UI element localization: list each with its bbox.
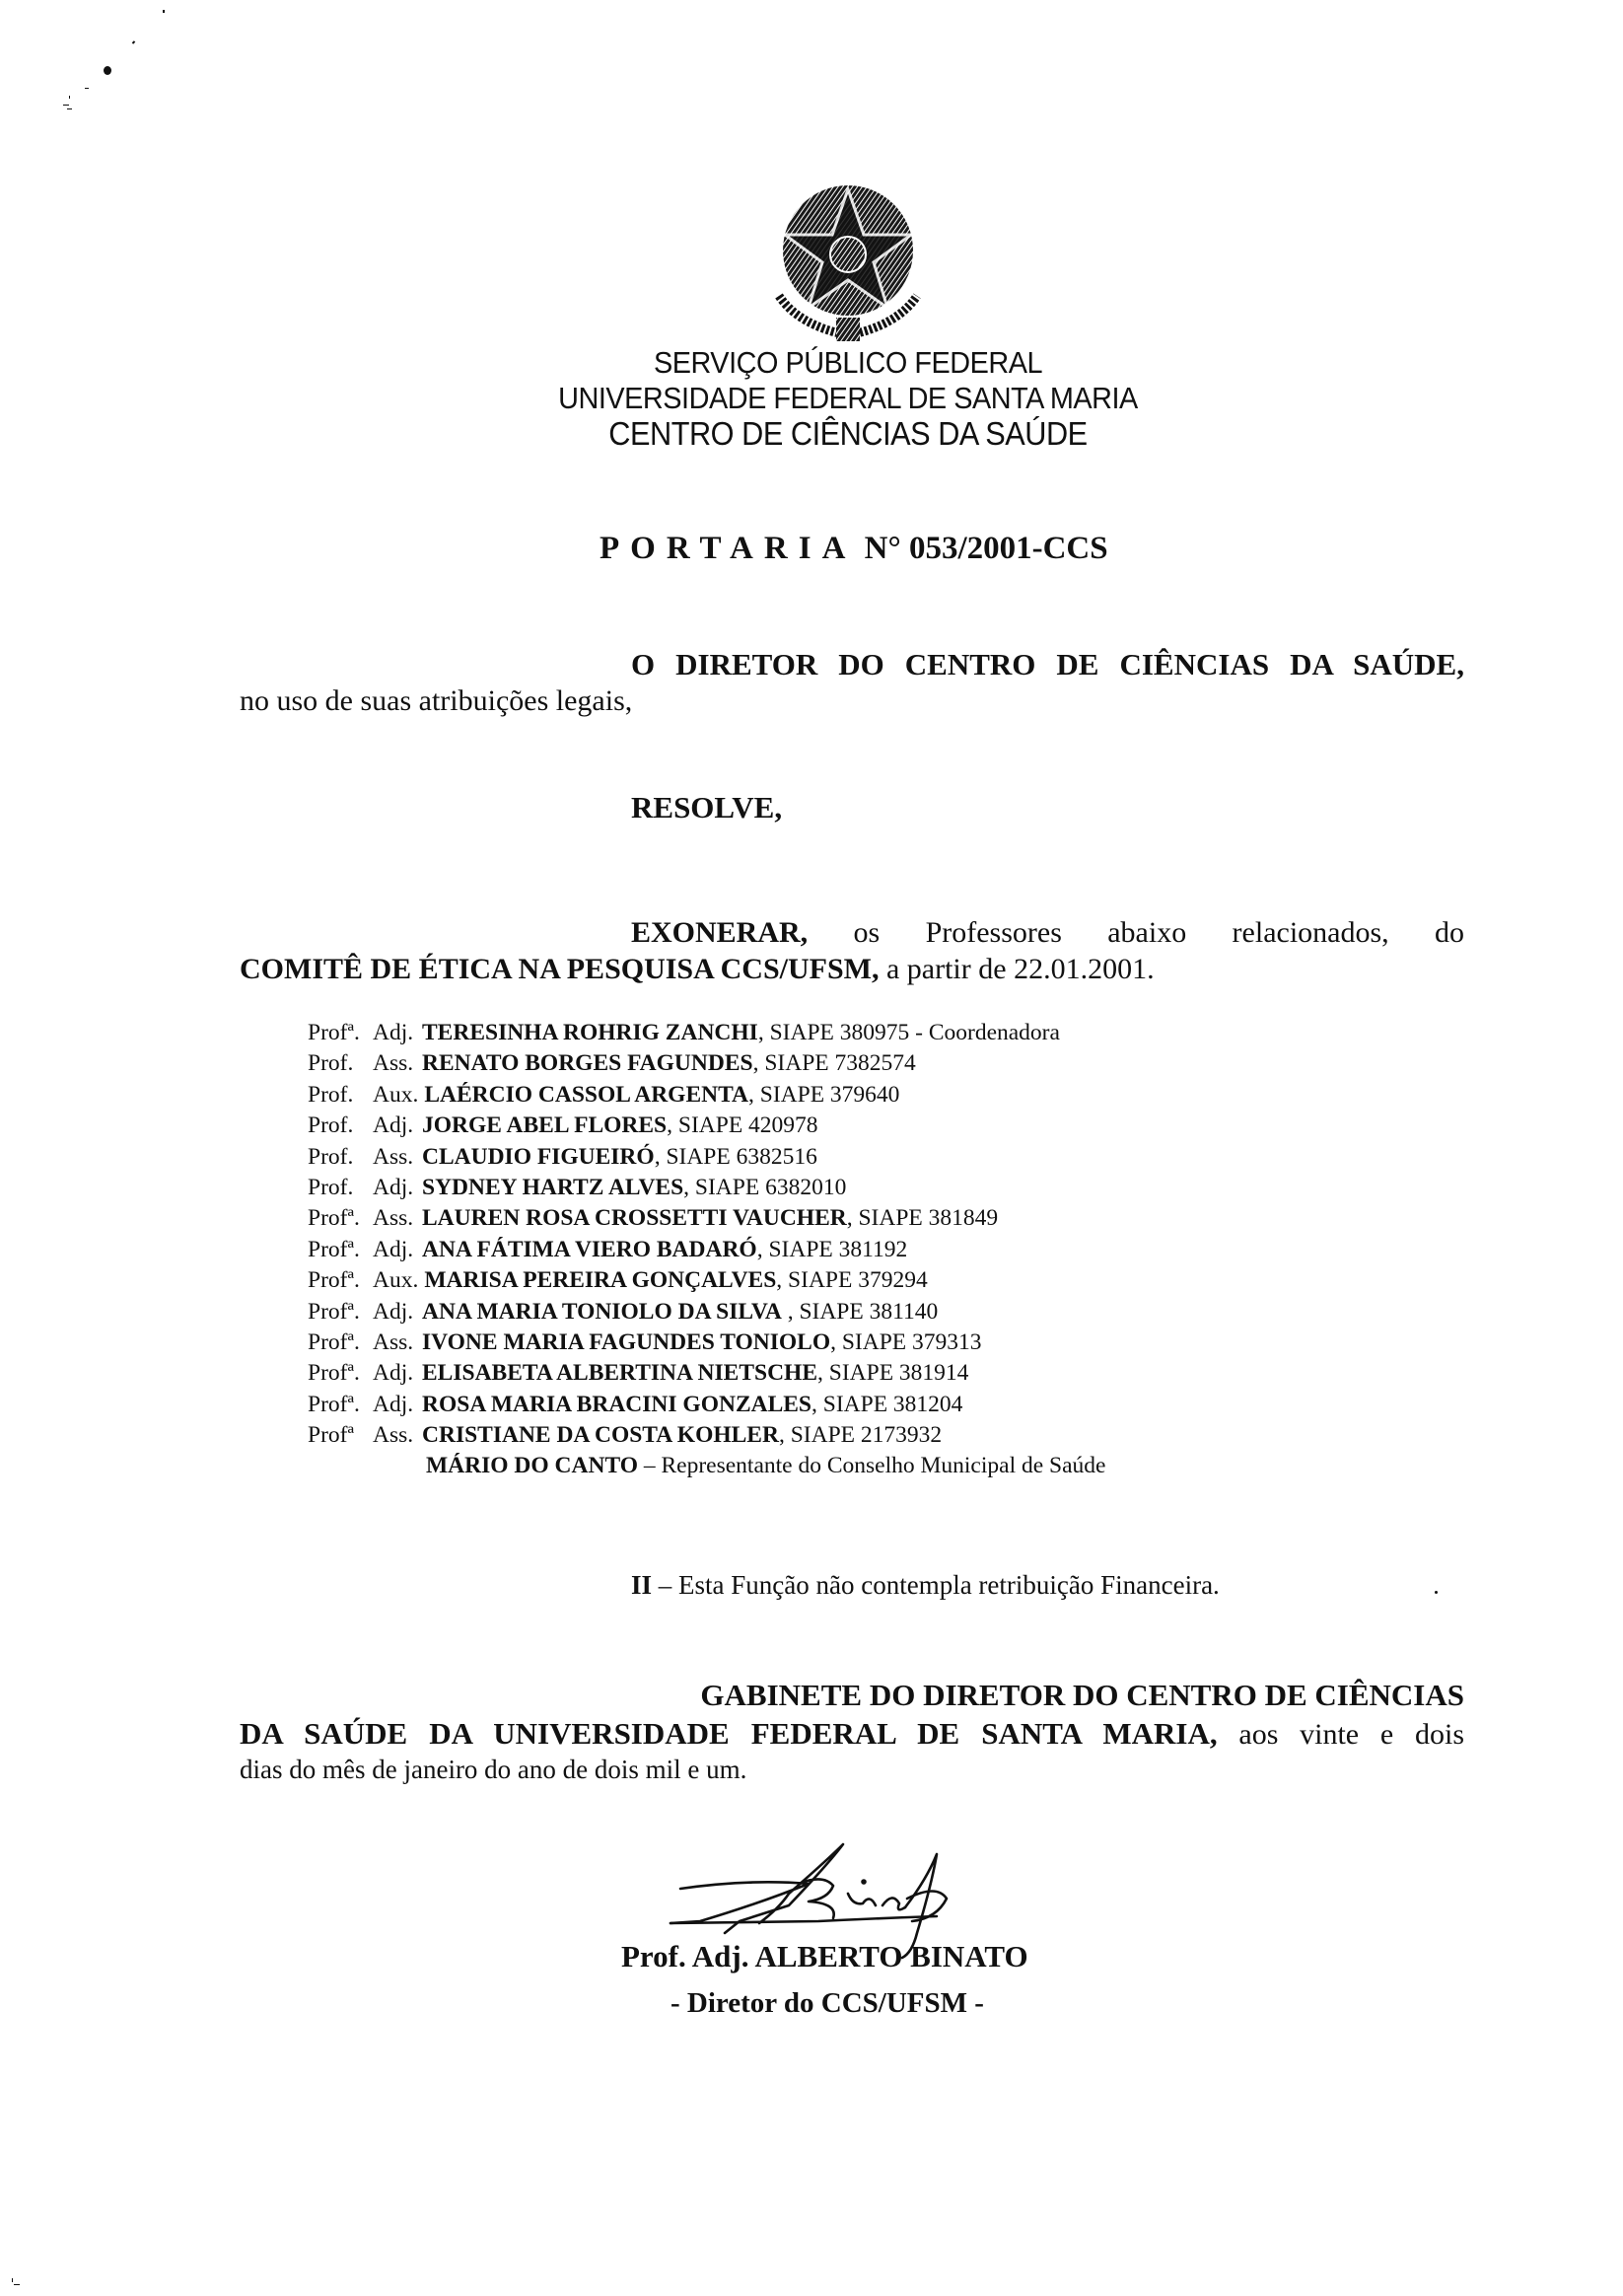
member-rank: Adj. — [373, 1358, 416, 1389]
member-row: Profª.Adj.TERESINHA ROHRIG ZANCHI, SIAPE… — [308, 1018, 1105, 1048]
item-ii: II – Esta Função não contempla retribuiç… — [631, 1570, 1220, 1601]
member-row: ProfªAss.CRISTIANE DA COSTA KOHLER, SIAP… — [308, 1420, 1105, 1451]
member-name: CRISTIANE DA COSTA KOHLER — [422, 1422, 779, 1448]
decision-text-line1: os Professores abaixo relacionados, do — [854, 916, 1464, 949]
member-row: Prof.Ass.CLAUDIO FIGUEIRÓ, SIAPE 6382516 — [308, 1142, 1105, 1173]
member-title: Profª — [308, 1420, 373, 1451]
member-title: Profª. — [308, 1265, 373, 1296]
signatory-name: Prof. Adj. ALBERTO BINATO — [621, 1939, 1028, 1974]
member-title: Profª. — [308, 1327, 373, 1358]
member-title: Profª. — [308, 1390, 373, 1420]
member-rank: Ass. — [373, 1203, 416, 1234]
member-siape: , SIAPE 6382010 — [683, 1175, 846, 1200]
member-title: Profª. — [308, 1018, 373, 1048]
member-siape: , SIAPE 381192 — [757, 1237, 908, 1262]
member-row: Profª.Ass.LAUREN ROSA CROSSETTI VAUCHER,… — [308, 1203, 1105, 1234]
member-siape: – Representante do Conselho Municipal de… — [638, 1453, 1105, 1478]
member-title: Profª. — [308, 1203, 373, 1234]
member-name: SYDNEY HARTZ ALVES — [422, 1175, 683, 1200]
member-rank: Aux. — [373, 1265, 418, 1296]
decision-verb: EXONERAR, — [631, 916, 808, 949]
member-rank: Ass. — [373, 1420, 416, 1451]
member-rank: Aux. — [373, 1080, 418, 1111]
item-ii-numeral: II — [631, 1570, 652, 1600]
member-row: Profª.Ass.IVONE MARIA FAGUNDES TONIOLO, … — [308, 1327, 1105, 1358]
member-title: Prof. — [308, 1048, 373, 1079]
member-rank: Ass. — [373, 1327, 416, 1358]
member-rank: Adj. — [373, 1297, 416, 1327]
decision-line2: COMITÊ DE ÉTICA NA PESQUISA CCS/UFSM, a … — [240, 953, 1155, 986]
header-service: SERVIÇO PÚBLICO FEDERAL — [59, 345, 1623, 381]
member-rank: Adj. — [373, 1018, 416, 1048]
member-siape: , SIAPE 380975 - Coordenadora — [758, 1020, 1060, 1045]
member-row: Prof.Ass.RENATO BORGES FAGUNDES, SIAPE 7… — [308, 1048, 1105, 1079]
member-siape: , SIAPE 381204 — [811, 1392, 962, 1417]
member-siape: , SIAPE 379294 — [776, 1267, 927, 1293]
portaria-number: 053/2001-CCS — [909, 531, 1108, 566]
portaria-number-prefix: N° — [865, 531, 901, 566]
closing-line3: dias do mês de janeiro do ano de dois mi… — [240, 1755, 746, 1785]
member-row: Profª.Adj.ELISABETA ALBERTINA NIETSCHE, … — [308, 1358, 1105, 1389]
member-rank: Adj. — [373, 1111, 416, 1141]
member-siape: , SIAPE 2173932 — [779, 1422, 942, 1448]
portaria-label: PORTARIA — [600, 531, 856, 566]
member-name: IVONE MARIA FAGUNDES TONIOLO — [422, 1329, 830, 1355]
member-title: Profª. — [308, 1297, 373, 1327]
preamble-text: no uso de suas atribuições legais, — [240, 684, 632, 718]
member-siape: , SIAPE 381849 — [847, 1205, 998, 1231]
member-name: CLAUDIO FIGUEIRÓ — [422, 1144, 655, 1170]
member-name: LAUREN ROSA CROSSETTI VAUCHER — [422, 1205, 847, 1231]
member-name: JORGE ABEL FLORES — [422, 1112, 667, 1138]
member-row: Profª.Adj.ANA FÁTIMA VIERO BADARÓ, SIAPE… — [308, 1235, 1105, 1265]
decision-line1: EXONERAR, os Professores abaixo relacion… — [631, 916, 1464, 950]
portaria-title: PORTARIA N° 053/2001-CCS — [600, 531, 1108, 567]
member-row: MÁRIO DO CANTO – Representante do Consel… — [308, 1451, 1105, 1481]
member-row: Prof.Aux.LAÉRCIO CASSOL ARGENTA, SIAPE 3… — [308, 1080, 1105, 1111]
member-title: Profª. — [308, 1358, 373, 1389]
member-row: Prof.Adj.SYDNEY HARTZ ALVES, SIAPE 63820… — [308, 1173, 1105, 1203]
header-center: CENTRO DE CIÊNCIAS DA SAÚDE — [59, 416, 1623, 452]
header-university: UNIVERSIDADE FEDERAL DE SANTA MARIA — [59, 381, 1623, 416]
member-row: Profª.Adj.ANA MARIA TONIOLO DA SILVA , S… — [308, 1297, 1105, 1327]
resolve-heading: RESOLVE, — [631, 790, 782, 825]
member-rank: Adj. — [373, 1390, 416, 1420]
member-siape: , SIAPE 379313 — [830, 1329, 981, 1355]
member-title: Prof. — [308, 1111, 373, 1141]
closing-institution: DA SAÚDE DA UNIVERSIDADE FEDERAL DE SANT… — [240, 1716, 1218, 1751]
member-title: Prof. — [308, 1080, 373, 1111]
member-name: RENATO BORGES FAGUNDES — [422, 1050, 753, 1076]
member-siape: , SIAPE 7382574 — [753, 1050, 916, 1076]
member-name: LAÉRCIO CASSOL ARGENTA — [424, 1082, 748, 1108]
member-rank: Ass. — [373, 1048, 416, 1079]
committee-name: COMITÊ DE ÉTICA NA PESQUISA CCS/UFSM, — [240, 953, 879, 985]
member-rank: Adj. — [373, 1235, 416, 1265]
closing-line1: GABINETE DO DIRETOR DO CENTRO DE CIÊNCIA… — [631, 1678, 1464, 1713]
preamble-heading: O DIRETOR DO CENTRO DE CIÊNCIAS DA SAÚDE… — [631, 647, 1464, 682]
coat-of-arms-icon — [759, 170, 937, 347]
member-title: Prof. — [308, 1173, 373, 1203]
member-siape: , SIAPE 381914 — [817, 1360, 968, 1386]
item-ii-text: – Esta Função não contempla retribuição … — [652, 1570, 1220, 1600]
closing-date-start: aos vinte e dois — [1238, 1718, 1464, 1751]
member-row: Profª.Adj.ROSA MARIA BRACINI GONZALES, S… — [308, 1390, 1105, 1420]
member-name: ROSA MARIA BRACINI GONZALES — [422, 1392, 811, 1417]
members-list: Profª.Adj.TERESINHA ROHRIG ZANCHI, SIAPE… — [308, 1018, 1105, 1482]
member-row: Profª.Aux.MARISA PEREIRA GONÇALVES, SIAP… — [308, 1265, 1105, 1296]
member-rank: Adj. — [373, 1173, 416, 1203]
member-name: ANA MARIA TONIOLO DA SILVA — [422, 1299, 782, 1325]
member-title: Prof. — [308, 1142, 373, 1173]
closing-line2: DA SAÚDE DA UNIVERSIDADE FEDERAL DE SANT… — [240, 1716, 1464, 1752]
member-name: TERESINHA ROHRIG ZANCHI — [422, 1020, 758, 1045]
member-name: ELISABETA ALBERTINA NIETSCHE — [422, 1360, 817, 1386]
member-name: ANA FÁTIMA VIERO BADARÓ — [422, 1237, 757, 1262]
member-name: MARISA PEREIRA GONÇALVES — [424, 1267, 776, 1293]
signatory-role: - Diretor do CCS/UFSM - — [670, 1987, 984, 2020]
decision-date-text: a partir de 22.01.2001. — [886, 953, 1155, 985]
member-siape: , SIAPE 420978 — [667, 1112, 817, 1138]
member-rank: Ass. — [373, 1142, 416, 1173]
member-siape: , SIAPE 6382516 — [655, 1144, 817, 1170]
member-row: Prof.Adj.JORGE ABEL FLORES, SIAPE 420978 — [308, 1111, 1105, 1141]
member-name: MÁRIO DO CANTO — [426, 1453, 638, 1478]
member-siape: , SIAPE 381140 — [782, 1299, 938, 1325]
member-siape: , SIAPE 379640 — [748, 1082, 899, 1108]
member-title: Profª. — [308, 1235, 373, 1265]
